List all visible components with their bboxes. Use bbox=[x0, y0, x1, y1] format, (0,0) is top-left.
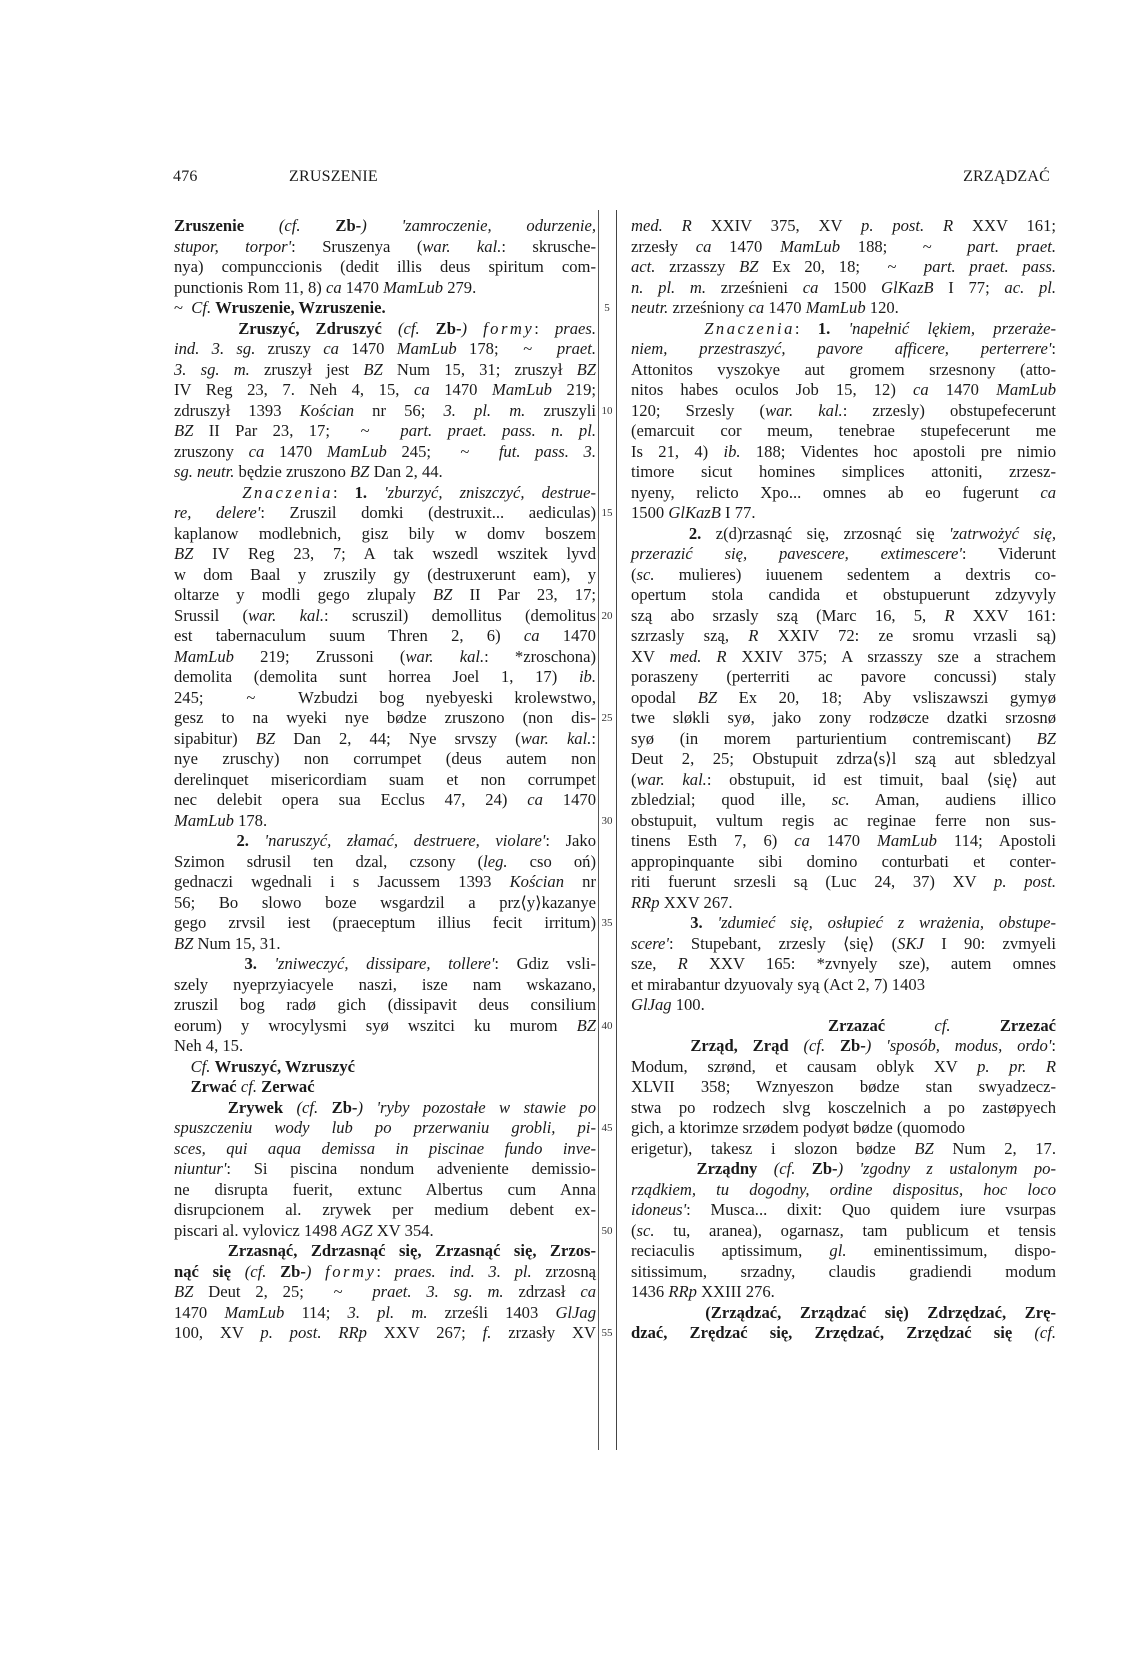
text-line: opodal BZ Ex 20, 18; Aby vsliszawszi gym… bbox=[631, 688, 1056, 709]
text-line: erigetur), takesz i slozon bødze BZ Num … bbox=[631, 1139, 1056, 1160]
text-line: 1500 GlKazB I 77. bbox=[631, 503, 1056, 524]
text-line: 56; Bo slowo boze wsgardzil a prz⟨y⟩kaza… bbox=[174, 893, 596, 914]
text-line: re, delere': Zruszil domki (destruxit...… bbox=[174, 503, 596, 524]
text-line: tinens Esth 7, 6) ca 1470 MamLub 114; Ap… bbox=[631, 831, 1056, 852]
text-line: Zrzasnąć, Zdrzasnąć się, Zrzasnąć się, Z… bbox=[174, 1241, 596, 1262]
left-column: Zruszenie (cf. Zb-) 'zamroczenie, odurze… bbox=[174, 216, 596, 1344]
text-line: med. R XXIV 375, XV p. post. R XXV 161; bbox=[631, 216, 1056, 237]
margin-line-number: 35 bbox=[600, 917, 614, 929]
text-line: poraszeny (perterriti ac pavore concussi… bbox=[631, 667, 1056, 688]
text-line: przerazić się, pavescere, extimescere': … bbox=[631, 544, 1056, 565]
margin-line-number: 55 bbox=[600, 1327, 614, 1339]
text-line: 245; ~ Wzbudzi bog nyebyeski krolewstwo, bbox=[174, 688, 596, 709]
text-line: Zrząd, Zrąd (cf. Zb-) 'sposób, modus, or… bbox=[631, 1036, 1056, 1057]
text-line: reciaculis aptissimum, gl. eminentissimu… bbox=[631, 1241, 1056, 1262]
right-column: med. R XXIV 375, XV p. post. R XXV 161;z… bbox=[631, 216, 1056, 1344]
text-line: punctionis Rom 11, 8) ca 1470 MamLub 279… bbox=[174, 278, 596, 299]
text-line: sces, qui aqua demissa in piscinae fundo… bbox=[174, 1139, 596, 1160]
margin-line-number: 15 bbox=[600, 507, 614, 519]
text-line: idoneus': Musca... dixit: Quo quidem iur… bbox=[631, 1200, 1056, 1221]
page-header: 476 ZRUSZENIE ZRZĄDZAĆ bbox=[173, 168, 1050, 192]
text-line: nec delebit opera sua Ecclus 47, 24) ca … bbox=[174, 790, 596, 811]
text-line: neutr. zrześniony ca 1470 MamLub 120. bbox=[631, 298, 1056, 319]
text-line: n. pl. m. zrześnieni ca 1500 GlKazB I 77… bbox=[631, 278, 1056, 299]
text-line: Znaczenia: 1. 'napełnić lękiem, przeraże… bbox=[631, 319, 1056, 340]
text-line: RRp XXV 267. bbox=[631, 893, 1056, 914]
text-line: Zrywek (cf. Zb-) 'ryby pozostałe w stawi… bbox=[174, 1098, 596, 1119]
text-line: sg. neutr. będzie zruszono BZ Dan 2, 44. bbox=[174, 462, 596, 483]
text-line: nyeny, relicto Xpo... omnes ab eo fugeru… bbox=[631, 483, 1056, 504]
text-line: BZ Num 15, 31. bbox=[174, 934, 596, 955]
text-line: kaplanow modlebnich, gisz bily w domv bo… bbox=[174, 524, 596, 545]
text-line: GlJag 100. bbox=[631, 995, 1056, 1016]
text-line: niuntur': Si piscina nondum adveniente d… bbox=[174, 1159, 596, 1180]
text-line: Attonitos vyszokye aut gromem srzesnony … bbox=[631, 360, 1056, 381]
text-line: riti fuerunt srzesli są (Luc 24, 37) XV … bbox=[631, 872, 1056, 893]
text-line: Cf. Wruszyć, Wzruszyć bbox=[174, 1057, 596, 1078]
text-line: appropinquante sibi domino conturbati et… bbox=[631, 852, 1056, 873]
text-line: et mirabantur dzyuovaly syą (Act 2, 7) 1… bbox=[631, 975, 1056, 996]
text-line: nya) compunccionis (dedit illis deus spi… bbox=[174, 257, 596, 278]
text-line: scere': Stupebant, zrzesly ⟨się⟩ (SKJ I … bbox=[631, 934, 1056, 955]
text-line: BZ IV Reg 23, 7; A tak wszedl wszitek ly… bbox=[174, 544, 596, 565]
text-line: piscari al. vylovicz 1498 AGZ XV 354. bbox=[174, 1221, 596, 1242]
text-line: oltarze y modli gego zlupaly BZ II Par 2… bbox=[174, 585, 596, 606]
text-line: twe sløkli syø, jako zony rodzøcze dzatk… bbox=[631, 708, 1056, 729]
text-line: BZ II Par 23, 17; ~ part. praet. pass. n… bbox=[174, 421, 596, 442]
text-line: Deut 2, 25; Obstupuit zdrza⟨s⟩l szą aut … bbox=[631, 749, 1056, 770]
text-line: MamLub 219; Zrussoni (war. kal.: *zrosch… bbox=[174, 647, 596, 668]
text-line: ind. 3. sg. zruszy ca 1470 MamLub 178; ~… bbox=[174, 339, 596, 360]
text-line: 3. 'zniweczyć, dissipare, tollere': Gdiz… bbox=[174, 954, 596, 975]
text-line: szrzasly szą, R XXIV 72: ze sromu vrzasl… bbox=[631, 626, 1056, 647]
text-line: 120; Srzesly (war. kal.: zrzesly) obstup… bbox=[631, 401, 1056, 422]
text-line: stupor, torpor': Sruszenya (war. kal.: s… bbox=[174, 237, 596, 258]
text-line: rządkiem, tu dogodny, ordine dispositus,… bbox=[631, 1180, 1056, 1201]
text-line: eorum) y wrocylysmi syø wszitci ku murom… bbox=[174, 1016, 596, 1037]
text-line: sitissimum, srzadny, claudis gradiendi m… bbox=[631, 1262, 1056, 1283]
text-line: XLVII 358; Wznyeszon bødze stan swyadzec… bbox=[631, 1077, 1056, 1098]
text-line: zbledzial; quod ille, sc. Aman, audiens … bbox=[631, 790, 1056, 811]
text-line: zruszony ca 1470 MamLub 245; ~ fut. pass… bbox=[174, 442, 596, 463]
margin-line-number: 40 bbox=[600, 1020, 614, 1032]
text-line: Neh 4, 15. bbox=[174, 1036, 596, 1057]
text-line: Zrządny (cf. Zb-) 'zgodny z ustalonym po… bbox=[631, 1159, 1056, 1180]
text-line: 3. sg. m. zruszył jest BZ Num 15, 31; zr… bbox=[174, 360, 596, 381]
text-line: syø (in morem parturientium contremiscan… bbox=[631, 729, 1056, 750]
text-line: Znaczenia: 1. 'zburzyć, zniszczyć, destr… bbox=[174, 483, 596, 504]
text-line: zrzesły ca 1470 MamLub 188; ~ part. prae… bbox=[631, 237, 1056, 258]
text-line: gego zrvsil iest (praeceptum illius feci… bbox=[174, 913, 596, 934]
text-line: (emarcuit cor meum, tenebrae stupefeceru… bbox=[631, 421, 1056, 442]
text-line: Srussil (war. kal.: scruszil) demollitus… bbox=[174, 606, 596, 627]
text-line: disrupcionem al. zrywek per medium deben… bbox=[174, 1200, 596, 1221]
text-line: XV med. R XXIV 375; A srzasszy sze a str… bbox=[631, 647, 1056, 668]
text-line: zruszil bog radø gich (dissipavit deus c… bbox=[174, 995, 596, 1016]
text-line: Zrzazać cf. Zrzezać bbox=[631, 1016, 1056, 1037]
text-line: gich, a ktorimze srzødem podyøt bødze (q… bbox=[631, 1118, 1056, 1139]
text-line: 2. 'naruszyć, złamać, destruere, violare… bbox=[174, 831, 596, 852]
text-line: IV Reg 23, 7. Neh 4, 15, ca 1470 MamLub … bbox=[174, 380, 596, 401]
left-running-headword: ZRUSZENIE bbox=[289, 168, 378, 186]
text-line: Szimon sdrusil ten dzal, czsony (leg. cs… bbox=[174, 852, 596, 873]
text-line: ~ Cf. Wruszenie, Wzruszenie. bbox=[174, 298, 596, 319]
text-line: zdruszył 1393 Kościan nr 56; 3. pl. m. z… bbox=[174, 401, 596, 422]
text-line: nitos habes oculos Job 15, 12) ca 1470 M… bbox=[631, 380, 1056, 401]
text-line: opertum stola candida et obstupuerunt zd… bbox=[631, 585, 1056, 606]
text-line: MamLub 178. bbox=[174, 811, 596, 832]
margin-line-number: 25 bbox=[600, 712, 614, 724]
margin-line-number: 30 bbox=[600, 815, 614, 827]
text-line: BZ Deut 2, 25; ~ praet. 3. sg. m. zdrzas… bbox=[174, 1282, 596, 1303]
text-line: spuszczeniu wody lub po przerwaniu grobl… bbox=[174, 1118, 596, 1139]
text-line: szą abo srzasly szą (Marc 16, 5, R XXV 1… bbox=[631, 606, 1056, 627]
text-line: act. zrzasszy BZ Ex 20, 18; ~ part. prae… bbox=[631, 257, 1056, 278]
text-line: (sc. mulieres) iuuenem sedentem a dextri… bbox=[631, 565, 1056, 586]
text-line: gesz to na wyeki nye bødze zruszono (non… bbox=[174, 708, 596, 729]
text-line: Zrwać cf. Zerwać bbox=[174, 1077, 596, 1098]
text-line: (sc. tu, aranea), ogarnasz, tam publicum… bbox=[631, 1221, 1056, 1242]
text-line: 2. z(d)rzasnąć się, zrzosnąć się 'zatrwo… bbox=[631, 524, 1056, 545]
text-line: nye zruschy) non corrumpet (deus autem n… bbox=[174, 749, 596, 770]
text-line: Zruszenie (cf. Zb-) 'zamroczenie, odurze… bbox=[174, 216, 596, 237]
text-line: obstupuit, vultum regis ac reginae ferre… bbox=[631, 811, 1056, 832]
text-line: 3. 'zdumieć się, osłupieć z wrażenia, ob… bbox=[631, 913, 1056, 934]
text-line: Modum, szrønd, et causam oblyk XV p. pr.… bbox=[631, 1057, 1056, 1078]
text-line: Is 21, 4) ib. 188; Videntes hoc apostoli… bbox=[631, 442, 1056, 463]
text-line: Zruszyć, Zdruszyć (cf. Zb-) formy: praes… bbox=[174, 319, 596, 340]
text-line: nąć się (cf. Zb-) formy: praes. ind. 3. … bbox=[174, 1262, 596, 1283]
text-line: dzać, Zrędzać się, Zrzędzać, Zrzędzać si… bbox=[631, 1323, 1056, 1344]
text-line: 100, XV p. post. RRp XXV 267; f. zrzasły… bbox=[174, 1323, 596, 1344]
right-running-headword: ZRZĄDZAĆ bbox=[963, 168, 1050, 186]
text-line: stwa po rodzech slvg kosczelnich a po za… bbox=[631, 1098, 1056, 1119]
text-line: ne disrupta fuerit, extunc Albertus cum … bbox=[174, 1180, 596, 1201]
margin-line-number: 45 bbox=[600, 1122, 614, 1134]
text-line: w dom Baal y zruszily gy (destruxerunt e… bbox=[174, 565, 596, 586]
text-line: 1436 RRp XXIII 276. bbox=[631, 1282, 1056, 1303]
text-line: gednaczi wgednali i s Jacussem 1393 Kośc… bbox=[174, 872, 596, 893]
text-line: sipabitur) BZ Dan 2, 44; Nye srvszy (war… bbox=[174, 729, 596, 750]
text-line: demolita (demolita sunt horrea Joel 1, 1… bbox=[174, 667, 596, 688]
margin-line-number: 20 bbox=[600, 610, 614, 622]
text-line: derelinquet misericordiam suam et non co… bbox=[174, 770, 596, 791]
text-line: niem, przestraszyć, pavore afficere, per… bbox=[631, 339, 1056, 360]
margin-line-number: 50 bbox=[600, 1225, 614, 1237]
margin-line-number: 5 bbox=[600, 302, 614, 314]
column-rule-right bbox=[616, 210, 617, 1450]
margin-line-number: 10 bbox=[600, 405, 614, 417]
page-number: 476 bbox=[173, 168, 198, 186]
text-line: (war. kal.: obstupuit, id est timuit, ba… bbox=[631, 770, 1056, 791]
text-line: est tabernaculum suum Thren 2, 6) ca 147… bbox=[174, 626, 596, 647]
text-line: 1470 MamLub 114; 3. pl. m. zrześli 1403 … bbox=[174, 1303, 596, 1324]
text-line: szely nyeprzyiacyele naszi, isze nam wsk… bbox=[174, 975, 596, 996]
text-line: timore sicut homines simplices attoniti,… bbox=[631, 462, 1056, 483]
text-line: sze, R XXV 165: *zvnyely sze), autem omn… bbox=[631, 954, 1056, 975]
text-line: (Zrządzać, Zrządzać się) Zdrzędzać, Zrę- bbox=[631, 1303, 1056, 1324]
column-rule-left bbox=[598, 210, 599, 1450]
